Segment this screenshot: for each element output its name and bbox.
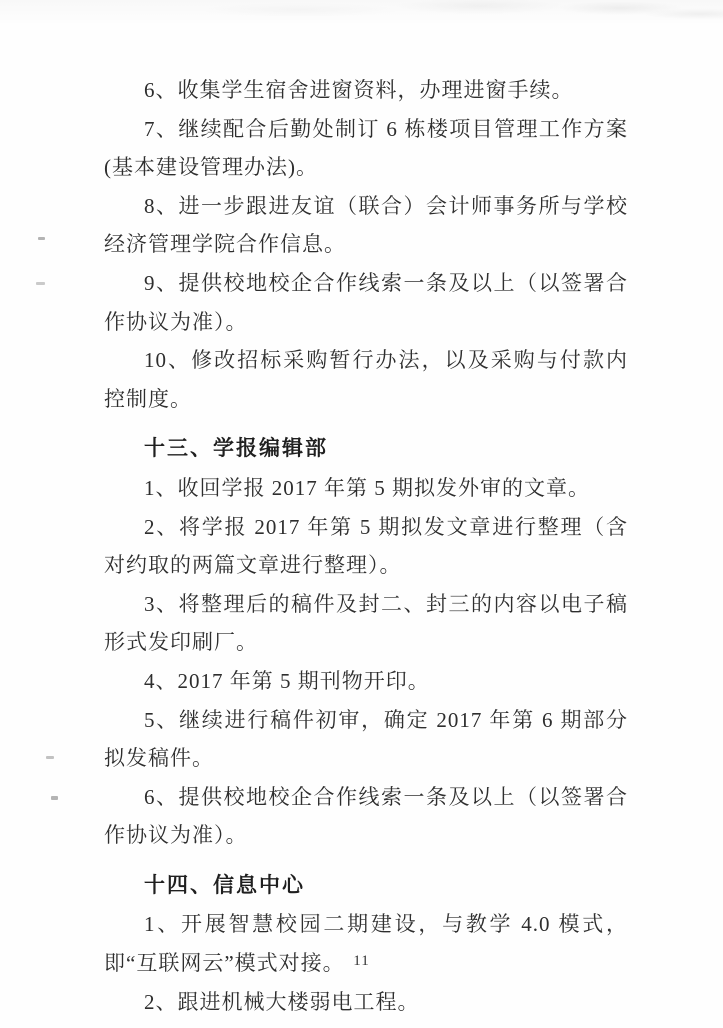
list-item: 6、收集学生宿舍进窗资料，办理进窗手续。 [104, 71, 628, 110]
scan-speck [51, 796, 58, 800]
list-item: 3、将整理后的稿件及封二、封三的内容以电子稿形式发印刷厂。 [104, 585, 628, 662]
section-heading: 十四、信息中心 [104, 867, 628, 906]
scan-speck [46, 756, 54, 759]
list-item: 6、提供校地校企合作线索一条及以上（以签署合作协议为准）。 [104, 778, 628, 855]
list-item: 9、提供校地校企合作线索一条及以上（以签署合作协议为准）。 [104, 264, 628, 341]
section-heading: 十三、学报编辑部 [104, 430, 628, 469]
list-item: 4、2017 年第 5 期刊物开印。 [104, 662, 628, 701]
list-item: 10、修改招标采购暂行办法，以及采购与付款内控制度。 [104, 341, 628, 418]
scan-speck [38, 237, 45, 240]
scan-speck [36, 282, 45, 285]
scanned-document-page: 6、收集学生宿舍进窗资料，办理进窗手续。 7、继续配合后勤处制订 6 栋楼项目管… [0, 0, 723, 1028]
list-item: 2、跟进机械大楼弱电工程。 [104, 983, 628, 1022]
scan-noise-top [0, 0, 723, 26]
list-item: 5、继续进行稿件初审，确定 2017 年第 6 期部分拟发稿件。 [104, 701, 628, 778]
list-item: 2、将学报 2017 年第 5 期拟发文章进行整理（含对约取的两篇文章进行整理）… [104, 508, 628, 585]
list-item: 1、开展智慧校园二期建设，与教学 4.0 模式，即“互联网云”模式对接。 [104, 905, 628, 982]
page-number: 11 [0, 953, 723, 970]
list-item: 1、收回学报 2017 年第 5 期拟发外审的文章。 [104, 469, 628, 508]
document-body: 6、收集学生宿舍进窗资料，办理进窗手续。 7、继续配合后勤处制订 6 栋楼项目管… [104, 71, 628, 1021]
list-item: 7、继续配合后勤处制订 6 栋楼项目管理工作方案(基本建设管理办法)。 [104, 110, 628, 187]
list-item: 8、进一步跟进友谊（联合）会计师事务所与学校经济管理学院合作信息。 [104, 187, 628, 264]
